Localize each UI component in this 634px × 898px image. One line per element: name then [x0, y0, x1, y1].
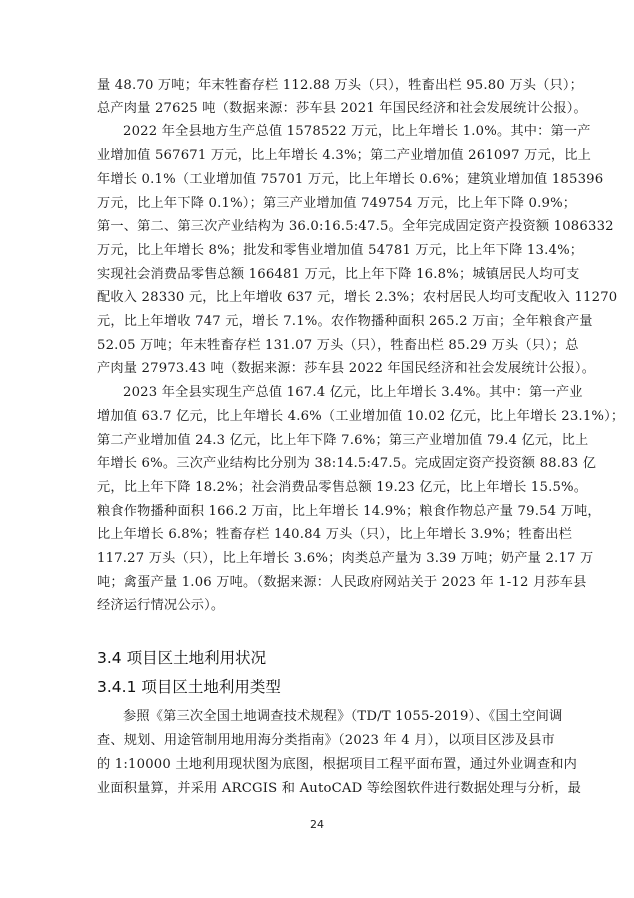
text-line: 参照《第三次全国土地调查技术规程》（TD/T 1055-2019）、《国土空间调 [123, 707, 538, 727]
text-line: 粮食作物播种面积 166.2 万亩，比上年增长 14.9%；粮食作物总产量 79… [97, 502, 538, 522]
text-line: 年增长 6%。三次产业结构比分别为 38:14.5:47.5。完成固定资产投资额… [97, 454, 538, 474]
text-line: 比上年增长 6.8%；牲畜存栏 140.84 万头（只），比上年增长 3.9%；… [97, 525, 538, 545]
text-line: 业增加值 567671 万元，比上年增长 4.3%；第二产业增加值 261097… [97, 146, 538, 166]
text-line: 配收入 28330 元，比上年增收 637 元，增长 2.3%；农村居民人均可支… [97, 288, 538, 308]
text-line: 2022 年全县地方生产总值 1578522 万元，比上年增长 1.0%。其中：… [123, 122, 538, 142]
text-line: 的 1:10000 土地利用现状图为底图，根据项目工程平面布置，通过外业调查和内 [97, 755, 538, 775]
text-line: 元，比上年增收 747 元，增长 7.1%。农作物播种面积 265.2 万亩；全… [97, 312, 538, 332]
text-line: 总产肉量 27625 吨（数据来源：莎车县 2021 年国民经济和社会发展统计公… [97, 99, 538, 119]
text-line: 增加值 63.7 亿元，比上年增长 4.6%（工业增加值 10.02 亿元，比上… [97, 407, 538, 427]
section-heading-3-4: 3.4 项目区土地利用状况 [97, 648, 266, 668]
text-line: 量 48.70 万吨；年末牲畜存栏 112.88 万头（只），牲畜出栏 95.8… [97, 76, 538, 96]
text-line: 第一、第二、第三次产业结构为 36.0:16.5:47.5。全年完成固定资产投资… [97, 217, 538, 237]
text-line: 吨；禽蛋产量 1.06 万吨。（数据来源：人民政府网站关于 2023 年 1-1… [97, 573, 538, 593]
text-line: 52.05 万吨；年末牲畜存栏 131.07 万头（只），牲畜出栏 85.29 … [97, 336, 538, 356]
document-page: 量 48.70 万吨；年末牲畜存栏 112.88 万头（只），牲畜出栏 95.8… [0, 0, 634, 898]
section-heading-3-4-1: 3.4.1 项目区土地利用类型 [97, 677, 281, 697]
text-line: 查、规划、用途管制用地用海分类指南》（2023 年 4 月），以项目区涉及县市 [97, 731, 538, 751]
text-line: 业面积量算，并采用 ARCGIS 和 AutoCAD 等绘图软件进行数据处理与分… [97, 779, 538, 799]
text-line: 年增长 0.1%（工业增加值 75701 万元，比上年增长 0.6%；建筑业增加… [97, 170, 538, 190]
text-line: 实现社会消费品零售总额 166481 万元，比上年下降 16.8%；城镇居民人均… [97, 265, 538, 285]
text-line: 万元，比上年下降 0.1%）；第三产业增加值 749754 万元，比上年下降 0… [97, 194, 538, 214]
text-line: 第二产业增加值 24.3 亿元，比上年下降 7.6%；第三产业增加值 79.4 … [97, 431, 538, 451]
page-number: 24 [0, 818, 634, 831]
text-line: 产肉量 27973.43 吨（数据来源：莎车县 2022 年国民经济和社会发展统… [97, 359, 538, 379]
text-line: 经济运行情况公示）。 [97, 596, 538, 616]
text-line: 117.27 万头（只），比上年增长 3.6%；肉类总产量为 3.39 万吨；奶… [97, 549, 538, 569]
text-line: 元，比上年下降 18.2%；社会消费品零售总额 19.23 亿元，比上年增长 1… [97, 478, 538, 498]
text-line: 万元，比上年增长 8%；批发和零售业增加值 54781 万元，比上年下降 13.… [97, 241, 538, 261]
text-line: 2023 年全县实现生产总值 167.4 亿元，比上年增长 3.4%。其中：第一… [123, 383, 538, 403]
